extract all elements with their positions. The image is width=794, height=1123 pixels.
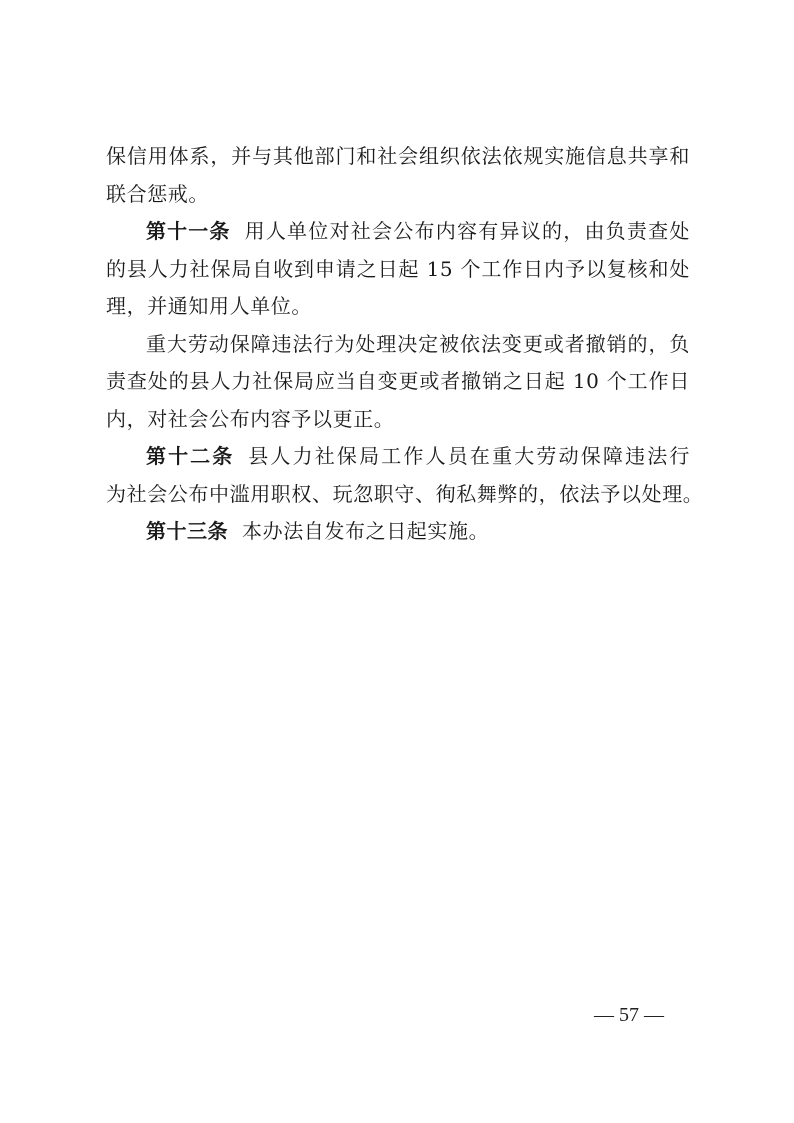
article-12-first-line: 第十二条县人力社保局工作人员在重大劳动保障违法行 [106,438,690,476]
text-span: 本办法自发布之日起实施。 [242,519,489,543]
article-13-first-line: 第十三条本办法自发布之日起实施。 [106,513,690,551]
text-line: 理，并通知用人单位。 [106,288,690,326]
article-number: 第十一条 [146,219,231,243]
text-span: 县人力社保局工作人员在重大劳动保障违法行 [248,444,690,468]
page-number: — 57 — [594,1004,664,1027]
article-number: 第十二条 [146,444,234,468]
text-span: 用人单位对社会公布内容有异议的，由负责查处 [245,219,690,243]
text-line: 联合惩戒。 [106,176,690,214]
text-line: 重大劳动保障违法行为处理决定被依法变更或者撤销的，负 [106,326,690,364]
document-body: 保信用体系，并与其他部门和社会组织依法依规实施信息共享和 联合惩戒。 第十一条用… [106,138,690,551]
text-line: 保信用体系，并与其他部门和社会组织依法依规实施信息共享和 [106,138,690,176]
text-line: 为社会公布中滥用职权、玩忽职守、徇私舞弊的，依法予以处理。 [106,476,690,514]
text-line: 的县人力社保局自收到申请之日起 15 个工作日内予以复核和处 [106,251,690,289]
text-line: 责查处的县人力社保局应当自变更或者撤销之日起 10 个工作日 [106,363,690,401]
article-number: 第十三条 [146,519,228,543]
text-line: 内，对社会公布内容予以更正。 [106,401,690,439]
article-11-first-line: 第十一条用人单位对社会公布内容有异议的，由负责查处 [106,213,690,251]
